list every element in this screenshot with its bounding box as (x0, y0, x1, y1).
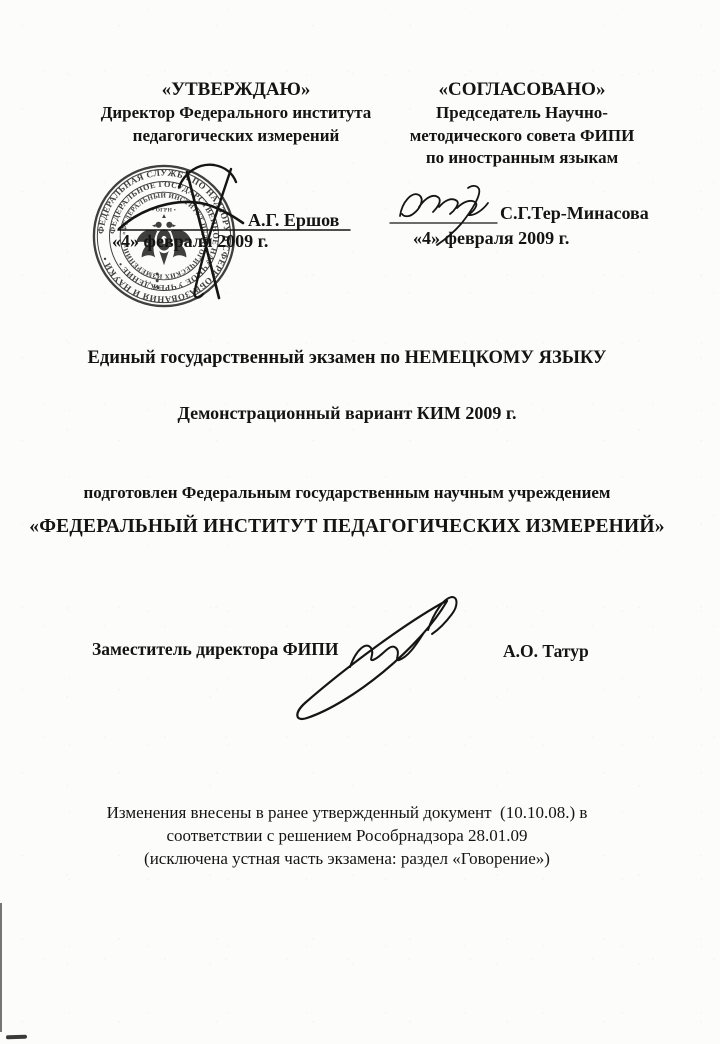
scan-edge-artifact (0, 903, 2, 1032)
scan-corner-artifact (6, 1035, 27, 1040)
approval-left-heading: «УТВЕРЖДАЮ» (86, 78, 386, 102)
amendments-line2: соответствии с решением Рособрнадзора 28… (0, 824, 694, 847)
approval-right-heading: «СОГЛАСОВАНО» (377, 78, 667, 102)
right-approval-date: «4» февраля 2009 г. (413, 228, 569, 249)
approval-right-role-line3: по иностранным языкам (377, 147, 667, 170)
approval-left-block: «УТВЕРЖДАЮ» Директор Федерального инстит… (86, 78, 386, 147)
amendments-note: Изменения внесены в ранее утвержденный д… (0, 801, 694, 870)
deputy-director-name: А.О. Татур (503, 641, 589, 662)
institute-name-line: «ФЕДЕРАЛЬНЫЙ ИНСТИТУТ ПЕДАГОГИЧЕСКИХ ИЗМ… (0, 516, 694, 538)
deputy-director-role: Заместитель директора ФИПИ (92, 639, 339, 660)
right-signer-name: С.Г.Тер-Минасова (500, 203, 649, 224)
amendments-line3: (исключена устная часть экзамена: раздел… (0, 847, 694, 870)
left-signer-name: А.Г. Ершов (248, 210, 339, 231)
approval-right-block: «СОГЛАСОВАНО» Председатель Научно- метод… (377, 78, 667, 170)
approval-right-role-line2: методического совета ФИПИ (377, 125, 667, 148)
demo-variant-subtitle: Демонстрационный вариант КИМ 2009 г. (0, 403, 694, 424)
prepared-by-line: подготовлен Федеральным государственным … (0, 483, 694, 503)
exam-title: Единый государственный экзамен по НЕМЕЦК… (0, 348, 694, 369)
seal-ogrn-text: • ОГРН • (152, 208, 176, 214)
amendments-line1: Изменения внесены в ранее утвержденный д… (0, 801, 694, 824)
approval-left-role-line1: Директор Федерального института (86, 102, 386, 125)
approval-left-role-line2: педагогических измерений (86, 125, 386, 148)
approval-right-role-line1: Председатель Научно- (377, 102, 667, 125)
document-page: «УТВЕРЖДАЮ» Директор Федерального инстит… (0, 0, 720, 1044)
left-approval-date: «4» февраля 2009 г. (112, 231, 268, 252)
